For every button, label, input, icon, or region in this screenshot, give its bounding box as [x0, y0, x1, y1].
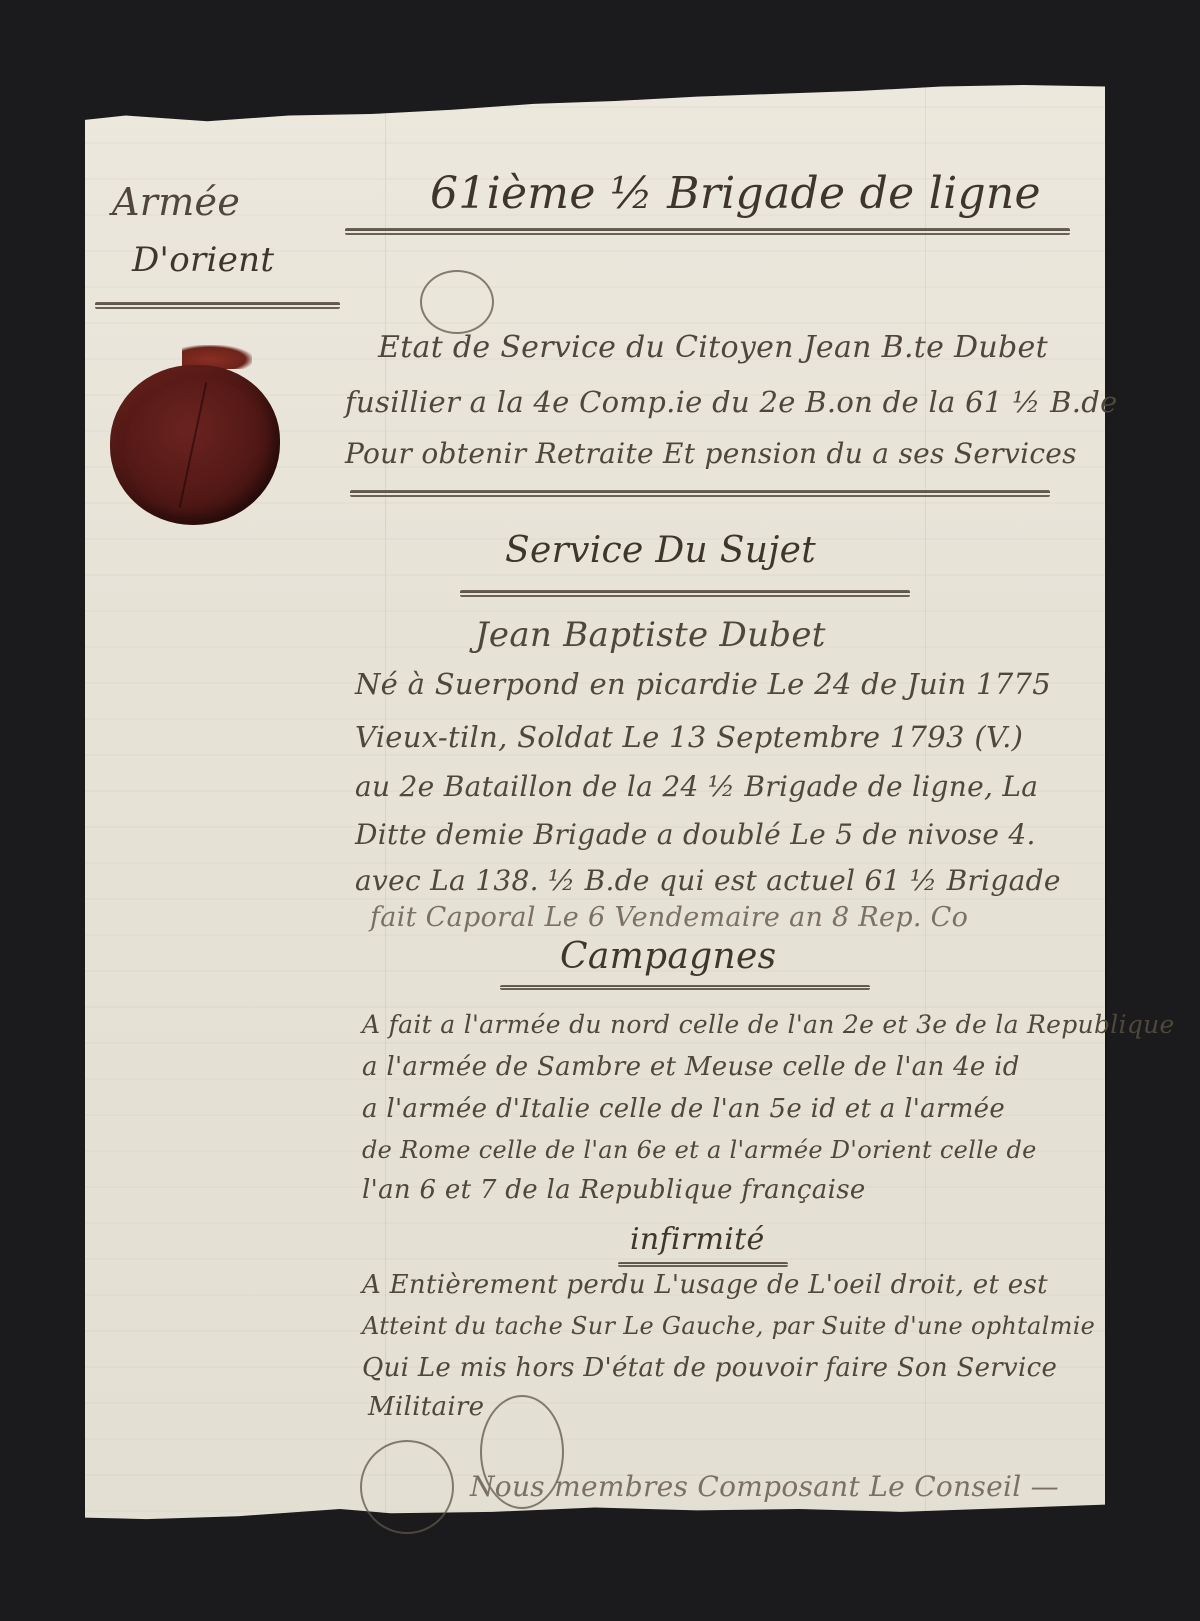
campaigns-line-3: a l'armée d'Italie celle de l'an 5e id e…: [362, 1094, 1005, 1124]
campaigns-line-2: a l'armée de Sambre et Meuse celle de l'…: [362, 1052, 1020, 1082]
service-line-3: au 2e Bataillon de la 24 ½ Brigade de li…: [355, 770, 1038, 803]
service-line-1: Né à Suerpond en picardie Le 24 de Juin …: [355, 667, 1051, 701]
service-line-5: avec La 138. ½ B.de qui est actuel 61 ½ …: [355, 864, 1061, 897]
margin-header-underline: [95, 302, 340, 309]
document-title: 61ième ½ Brigade de ligne: [430, 168, 1041, 219]
closing-line: Nous membres Composant Le Conseil —: [470, 1470, 1059, 1503]
seal-crack: [178, 382, 207, 508]
infirmity-line-2: Atteint du tache Sur Le Gauche, par Suit…: [362, 1312, 1095, 1340]
intro-line-3: Pour obtenir Retraite Et pension du a se…: [345, 437, 1077, 470]
intro-line-2: fusillier a la 4e Comp.ie du 2e B.on de …: [345, 385, 1118, 419]
service-heading: Service Du Sujet: [505, 530, 816, 571]
subject-name: Jean Baptiste Dubet: [475, 615, 826, 655]
wax-seal-icon: [110, 365, 280, 525]
campaigns-line-5: l'an 6 et 7 de la Republique française: [362, 1175, 866, 1205]
margin-header-line1: Armée: [112, 180, 240, 224]
infirmity-heading-underline: [618, 1262, 788, 1267]
intro-line-1: Etat de Service du Citoyen Jean B.te Dub…: [378, 330, 1048, 365]
service-line-2: Vieux-tiln, Soldat Le 13 Septembre 1793 …: [355, 720, 1023, 754]
margin-header-line2: D'orient: [132, 240, 274, 280]
campaigns-heading: Campagnes: [560, 936, 776, 977]
service-line-4: Ditte demie Brigade a doublé Le 5 de niv…: [355, 818, 1036, 851]
intro-underline: [350, 490, 1050, 497]
campaigns-heading-underline: [500, 985, 870, 990]
infirmity-line-4: Militaire: [368, 1392, 484, 1422]
intro-flourish: [420, 270, 494, 334]
title-underline: [345, 228, 1070, 235]
closing-flourish-large: [360, 1440, 454, 1534]
service-heading-underline: [460, 590, 910, 597]
campaigns-line-4: de Rome celle de l'an 6e et a l'armée D'…: [362, 1136, 1037, 1164]
service-line-6: fait Caporal Le 6 Vendemaire an 8 Rep. C…: [370, 902, 968, 933]
infirmity-line-3: Qui Le mis hors D'état de pouvoir faire …: [362, 1353, 1057, 1383]
infirmity-heading: infirmité: [630, 1222, 765, 1257]
campaigns-line-1: A fait a l'armée du nord celle de l'an 2…: [362, 1010, 1175, 1039]
infirmity-line-1: A Entièrement perdu L'usage de L'oeil dr…: [362, 1270, 1048, 1300]
